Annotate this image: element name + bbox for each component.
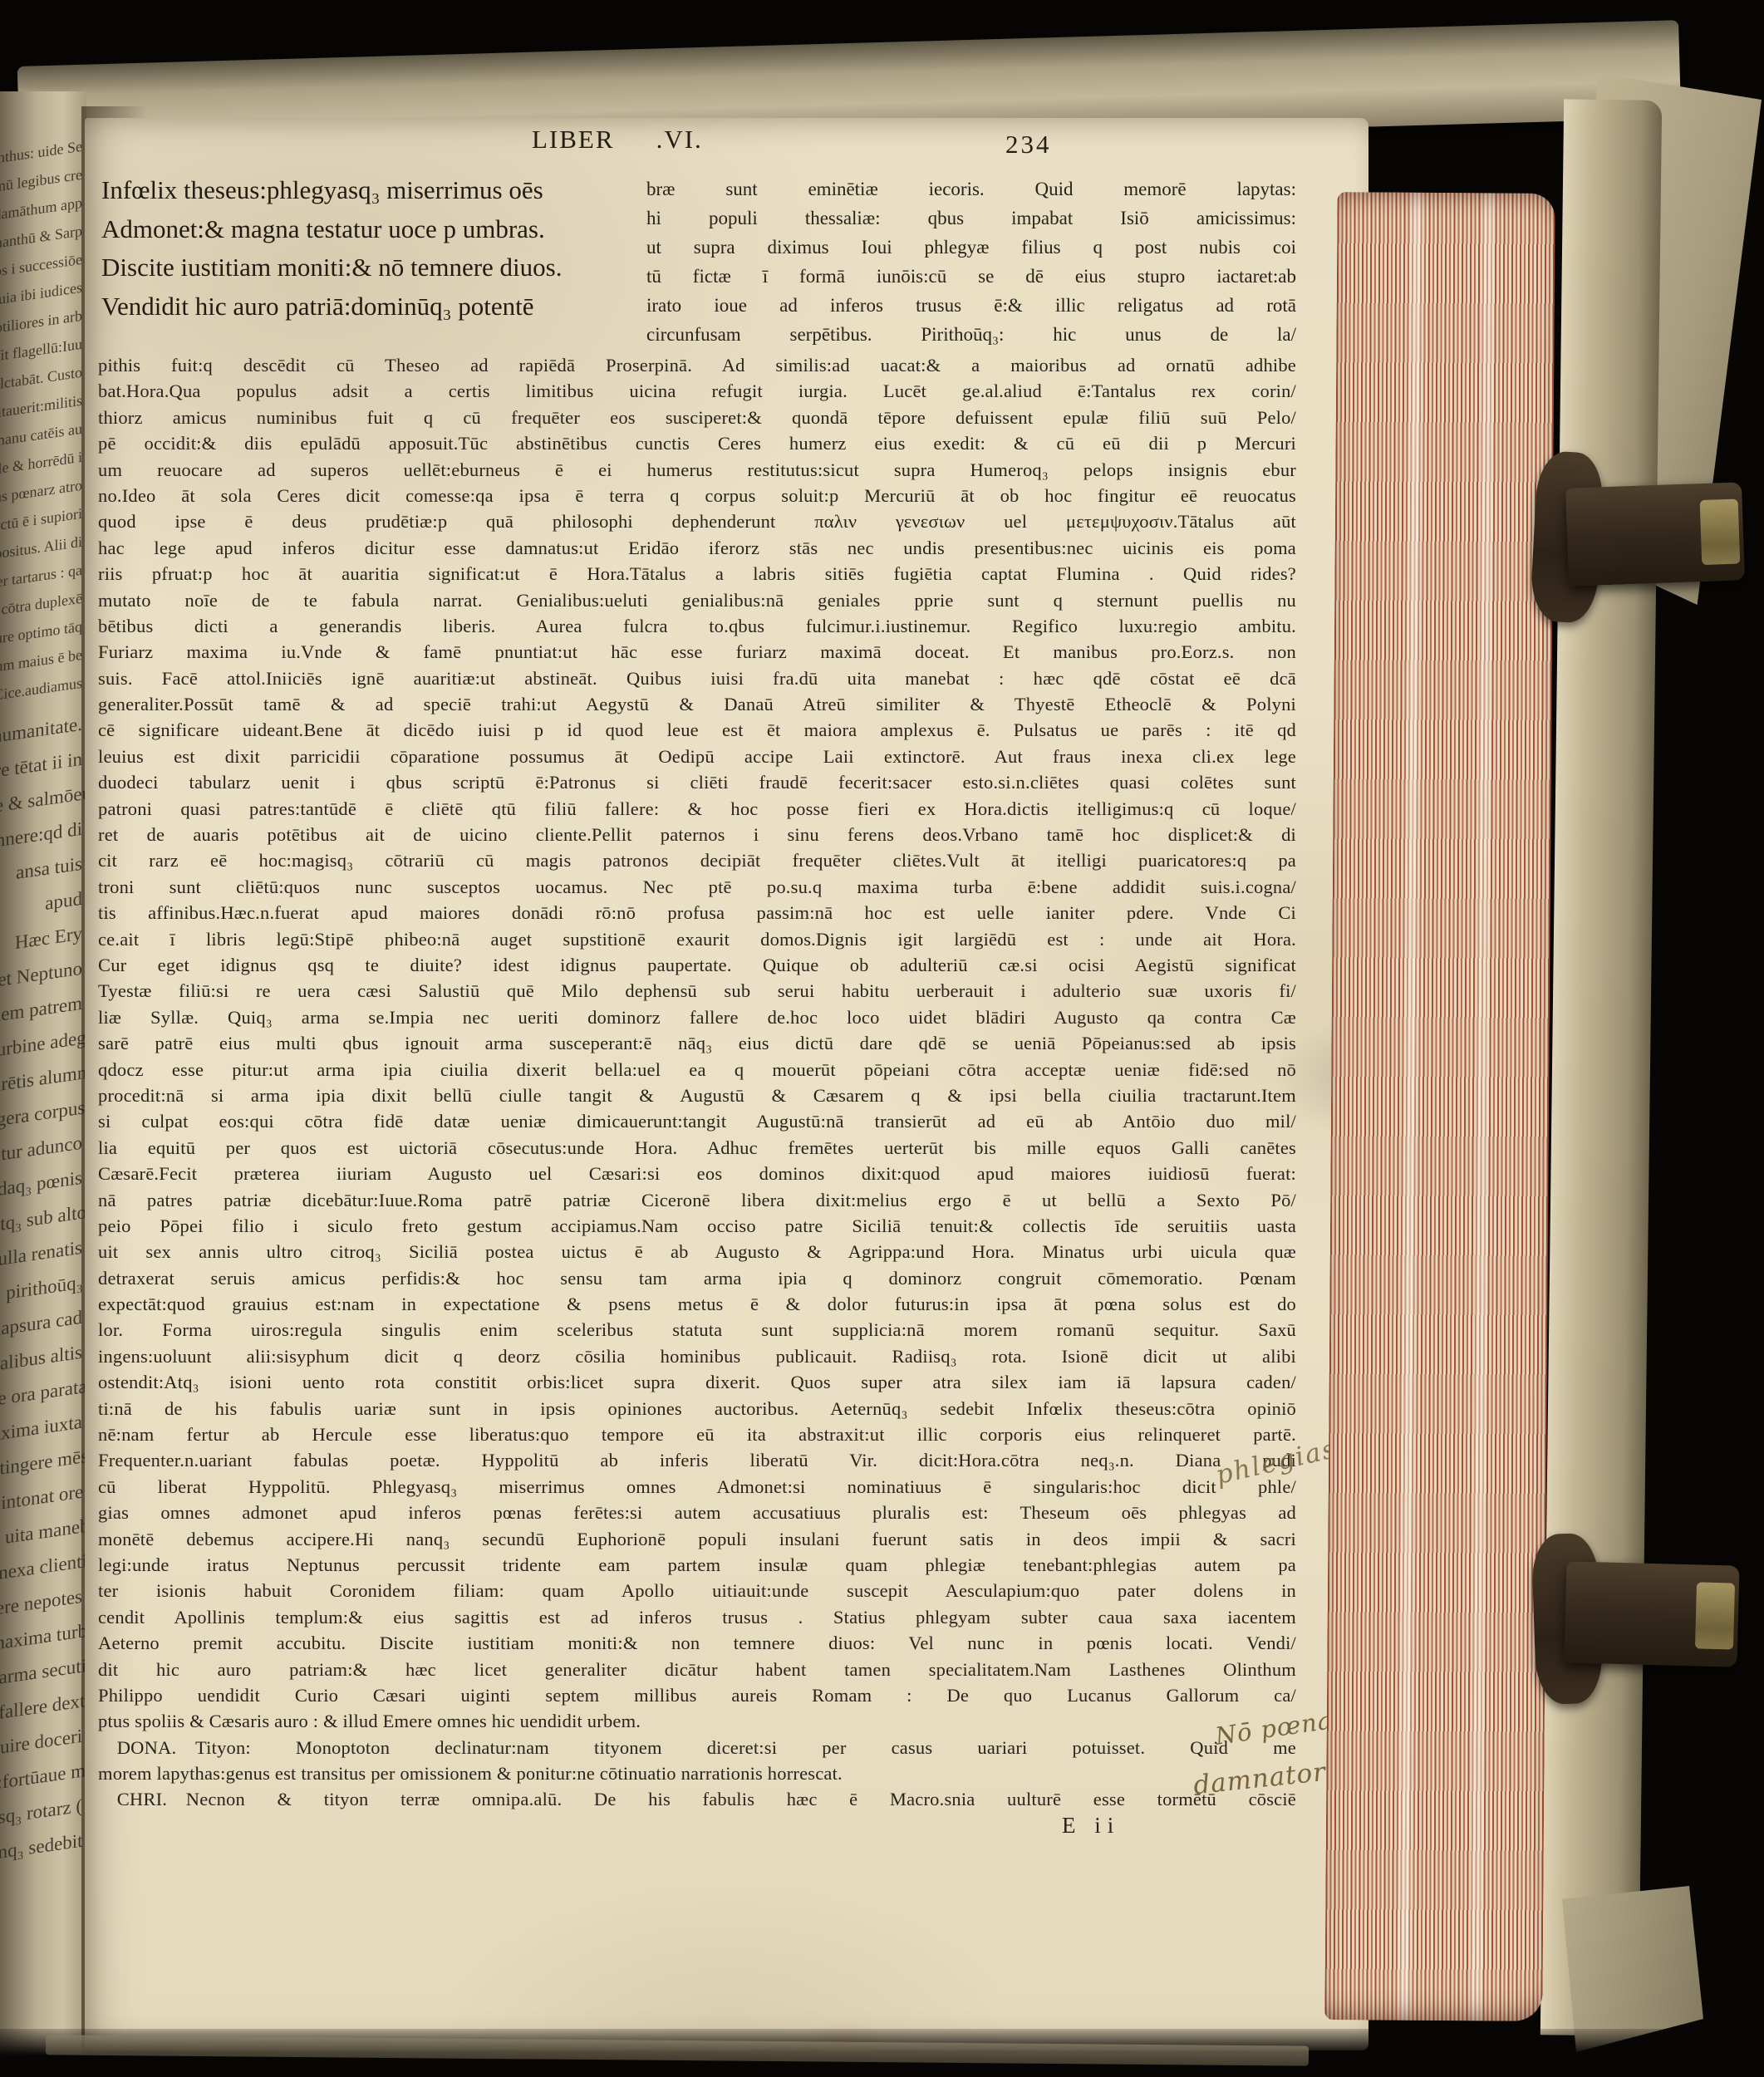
- commentary-line: ter isionis habuit Coronidem filiam: qua…: [98, 1578, 1296, 1603]
- commentary-line: ret de auaris potētibus ait de uicino cl…: [98, 822, 1296, 847]
- commentary-line: quod ipse ē deus prudētiæ:p quā philosop…: [98, 508, 1296, 534]
- book-clasp-strap-bottom: [1564, 1561, 1739, 1667]
- commentary-line: thiorz amicus numinibus fuit q cū frequē…: [98, 405, 1296, 430]
- commentary-line: detraxerat seruis amicus perfidis:& hoc …: [98, 1265, 1296, 1291]
- book-clasp-strap-top: [1565, 482, 1745, 586]
- commentary-line: expectāt:quod grauius est:nam in expecta…: [98, 1291, 1296, 1317]
- verse-line: Discite iustitiam moniti:& nō temnere di…: [101, 248, 650, 287]
- commentary-line: ptus spoliis & Cæsaris auro : & illud Em…: [98, 1708, 1296, 1734]
- commentary-column-top-right: bræ sunt eminētiæ iecoris. Quid memorē l…: [646, 174, 1296, 349]
- commentary-line: Furiarz maxima iu.Vnde & famē pnuntiat:u…: [98, 639, 1296, 665]
- commentary-line: legi:unde iratus Neptunus percussit trid…: [98, 1552, 1296, 1578]
- running-title: LIBER.VI.: [532, 125, 703, 155]
- open-book-photo: amanthus: uide Seprimū legibus crehadamā…: [0, 0, 1764, 2077]
- clasp-brass-tip: [1695, 1582, 1735, 1650]
- commentary-line: cē significare uideant.Bene āt dicēdo iu…: [98, 717, 1296, 743]
- commentary-line: dit hic auro patriam:& hæc licet general…: [98, 1657, 1296, 1682]
- commentary-line: pē occidit:& diis epulādū apposuit.Tūc a…: [98, 430, 1296, 456]
- commentary-line: morem lapythas:genus est transitus per o…: [98, 1760, 1296, 1786]
- verse-line: Admonet:& magna testatur uoce p umbras.: [101, 210, 650, 249]
- commentary-line: generaliter.Possūt tamē & ad speciē trah…: [98, 691, 1296, 717]
- commentary-line: mutato noīe de te fabula narrat. Geniali…: [98, 587, 1296, 613]
- commentary-line: liæ Syllæ. Quiq₃ arma se.Impia nec uerit…: [98, 1004, 1296, 1030]
- commentary-line: tis affinibus.Hæc.n.fuerat apud maiores …: [98, 900, 1296, 926]
- facing-page-edge: amanthus: uide Seprimū legibus crehadamā…: [0, 91, 86, 2060]
- commentary-line: suis. Facē attol.Iniiciēs ignē auaritiæ:…: [98, 665, 1296, 691]
- commentary-line: bat.Hora.Qua populus adsit a certis limi…: [98, 378, 1296, 404]
- commentary-line: procedit:nā si arma ipia dixit bellū ciu…: [98, 1083, 1296, 1108]
- commentary-line: circunfusam serpētibus. Pirithoūq₃: hic …: [646, 320, 1296, 349]
- vellum-cover-right-edge: [1540, 99, 1662, 2035]
- commentary-line: ostendit:Atq₃ isioni uento rota constiti…: [98, 1369, 1296, 1395]
- commentary-line: lia equitū per quos est uictoriā cōsecut…: [98, 1135, 1296, 1161]
- commentary-line: no.Ideo āt sola Ceres dicit comesse:qa i…: [98, 483, 1296, 508]
- running-title-book: LIBER: [532, 125, 615, 154]
- red-speckled-fore-edge: [1324, 192, 1555, 2021]
- commentary-line: leuius est dixit parricidii cōparatione …: [98, 744, 1296, 769]
- commentary-line: duodeci tabularz uenit i qbus scriptū ē:…: [98, 769, 1296, 795]
- commentary-line: hac lege apud inferos dicitur esse damna…: [98, 535, 1296, 561]
- commentary-line: nā patres patriæ dicebātur:Iuue.Roma pat…: [98, 1187, 1296, 1213]
- commentary-line: uit sex annis ultro citroq₃ Siciliā post…: [98, 1239, 1296, 1264]
- commentary-line: ingens:uoluunt alii:sisyphum dicit q deo…: [98, 1343, 1296, 1369]
- commentary-line: Philippo uendidit Curio Cæsari uiginti s…: [98, 1682, 1296, 1708]
- commentary-line: um reuocare ad superos uellēt:eburneus ē…: [98, 457, 1296, 483]
- commentary-line: cū liberat Hyppolitū. Phlegyasq₃ miserri…: [98, 1474, 1296, 1500]
- commentary-line: si culpat eos:qui cōtra fidē datæ ueniæ …: [98, 1108, 1296, 1134]
- commentary-line: Aeterno premit accubitu. Discite iustiti…: [98, 1630, 1296, 1656]
- commentary-text-block: pithis fuit:q descēdit cū Theseo ad rapi…: [98, 352, 1296, 1813]
- verse-line: Vendidit hic auro patriā:dominūq₃ potent…: [101, 287, 650, 327]
- vellum-cover-corner-bottom: [1562, 1886, 1703, 2052]
- commentary-line: troni sunt cliētū:quos nunc susceptos uo…: [98, 874, 1296, 900]
- commentary-line: bētibus dicti a generandis liberis. Aure…: [98, 613, 1296, 639]
- commentary-line: ut supra diximus Ioui phlegyæ filius q p…: [646, 233, 1296, 262]
- commentary-line: CHRI. Necnon & tityon terræ omnipa.alū. …: [98, 1786, 1296, 1812]
- folio-number: 234: [1005, 130, 1052, 160]
- commentary-line: sarē patrē eius multi qbus ignouit arma …: [98, 1030, 1296, 1056]
- commentary-line: irato ioue ad inferos trusus ē:& illic r…: [646, 291, 1296, 320]
- commentary-line: Frequenter.n.uariant fabulas poetæ. Hypp…: [98, 1447, 1296, 1473]
- commentary-line: hi populi thessaliæ: qbus impabat Isiō a…: [646, 204, 1296, 233]
- commentary-line: gias omnes admonet apud inferos pœnas fe…: [98, 1500, 1296, 1525]
- commentary-line: ti:nā de his fabulis uariæ sunt in ipsis…: [98, 1396, 1296, 1421]
- commentary-line: pithis fuit:q descēdit cū Theseo ad rapi…: [98, 352, 1296, 378]
- commentary-line: riis pfruat:p hoc āt auaritia significat…: [98, 561, 1296, 587]
- facing-page-verse-fragments: humanitate.tollere tētat ii inalcidæ & s…: [0, 706, 86, 1876]
- clasp-brass-tip: [1700, 499, 1741, 565]
- commentary-line: monētē debemus accipere.Hi nanq₃ secundū…: [98, 1526, 1296, 1552]
- verse-line: Infœlix theseus:phlegyasq₃ miserrimus oē…: [101, 171, 650, 210]
- commentary-line: Cæsarē.Fecit præterea iiuriam Augusto ue…: [98, 1161, 1296, 1186]
- commentary-line: peio Pōpei filio i siculo freto gestum a…: [98, 1213, 1296, 1239]
- commentary-line: Tyestæ filiū:si re uera cæsi Salustiū qu…: [98, 978, 1296, 1004]
- running-title-number: .VI.: [656, 125, 703, 154]
- commentary-line: qdocz esse pitur:ut arma ipia ciuilia di…: [98, 1057, 1296, 1083]
- commentary-line: cit rarz eē hoc:magisq₃ cōtrariū cū magi…: [98, 847, 1296, 873]
- quire-signature: E ii: [1062, 1813, 1120, 1839]
- commentary-line: tū fictæ ī formā iunōis:cū se dē eius st…: [646, 262, 1296, 291]
- commentary-line: cendit Apollinis templum:& eius sagittis…: [98, 1604, 1296, 1630]
- verse-text-block: Infœlix theseus:phlegyasq₃ miserrimus oē…: [101, 171, 650, 326]
- facing-page-commentary-fragments: amanthus: uide Seprimū legibus crehadamā…: [0, 131, 86, 714]
- commentary-line: lor. Forma uiros:regula singulis enim sc…: [98, 1317, 1296, 1343]
- commentary-line: DONA. Tityon: Monoptoton declinatur:nam …: [98, 1735, 1296, 1760]
- commentary-line: nē:nam fertur ab Hercule esse liberatus:…: [98, 1421, 1296, 1447]
- commentary-line: Cur eget idignus qsq te diuite? idest id…: [98, 952, 1296, 978]
- commentary-line: ce.ait ī libris legū:Stipē phibeo:nā aug…: [98, 926, 1296, 952]
- commentary-line: bræ sunt eminētiæ iecoris. Quid memorē l…: [646, 174, 1296, 204]
- commentary-line: patroni quasi patres:tantūdē ē cliētē qt…: [98, 796, 1296, 822]
